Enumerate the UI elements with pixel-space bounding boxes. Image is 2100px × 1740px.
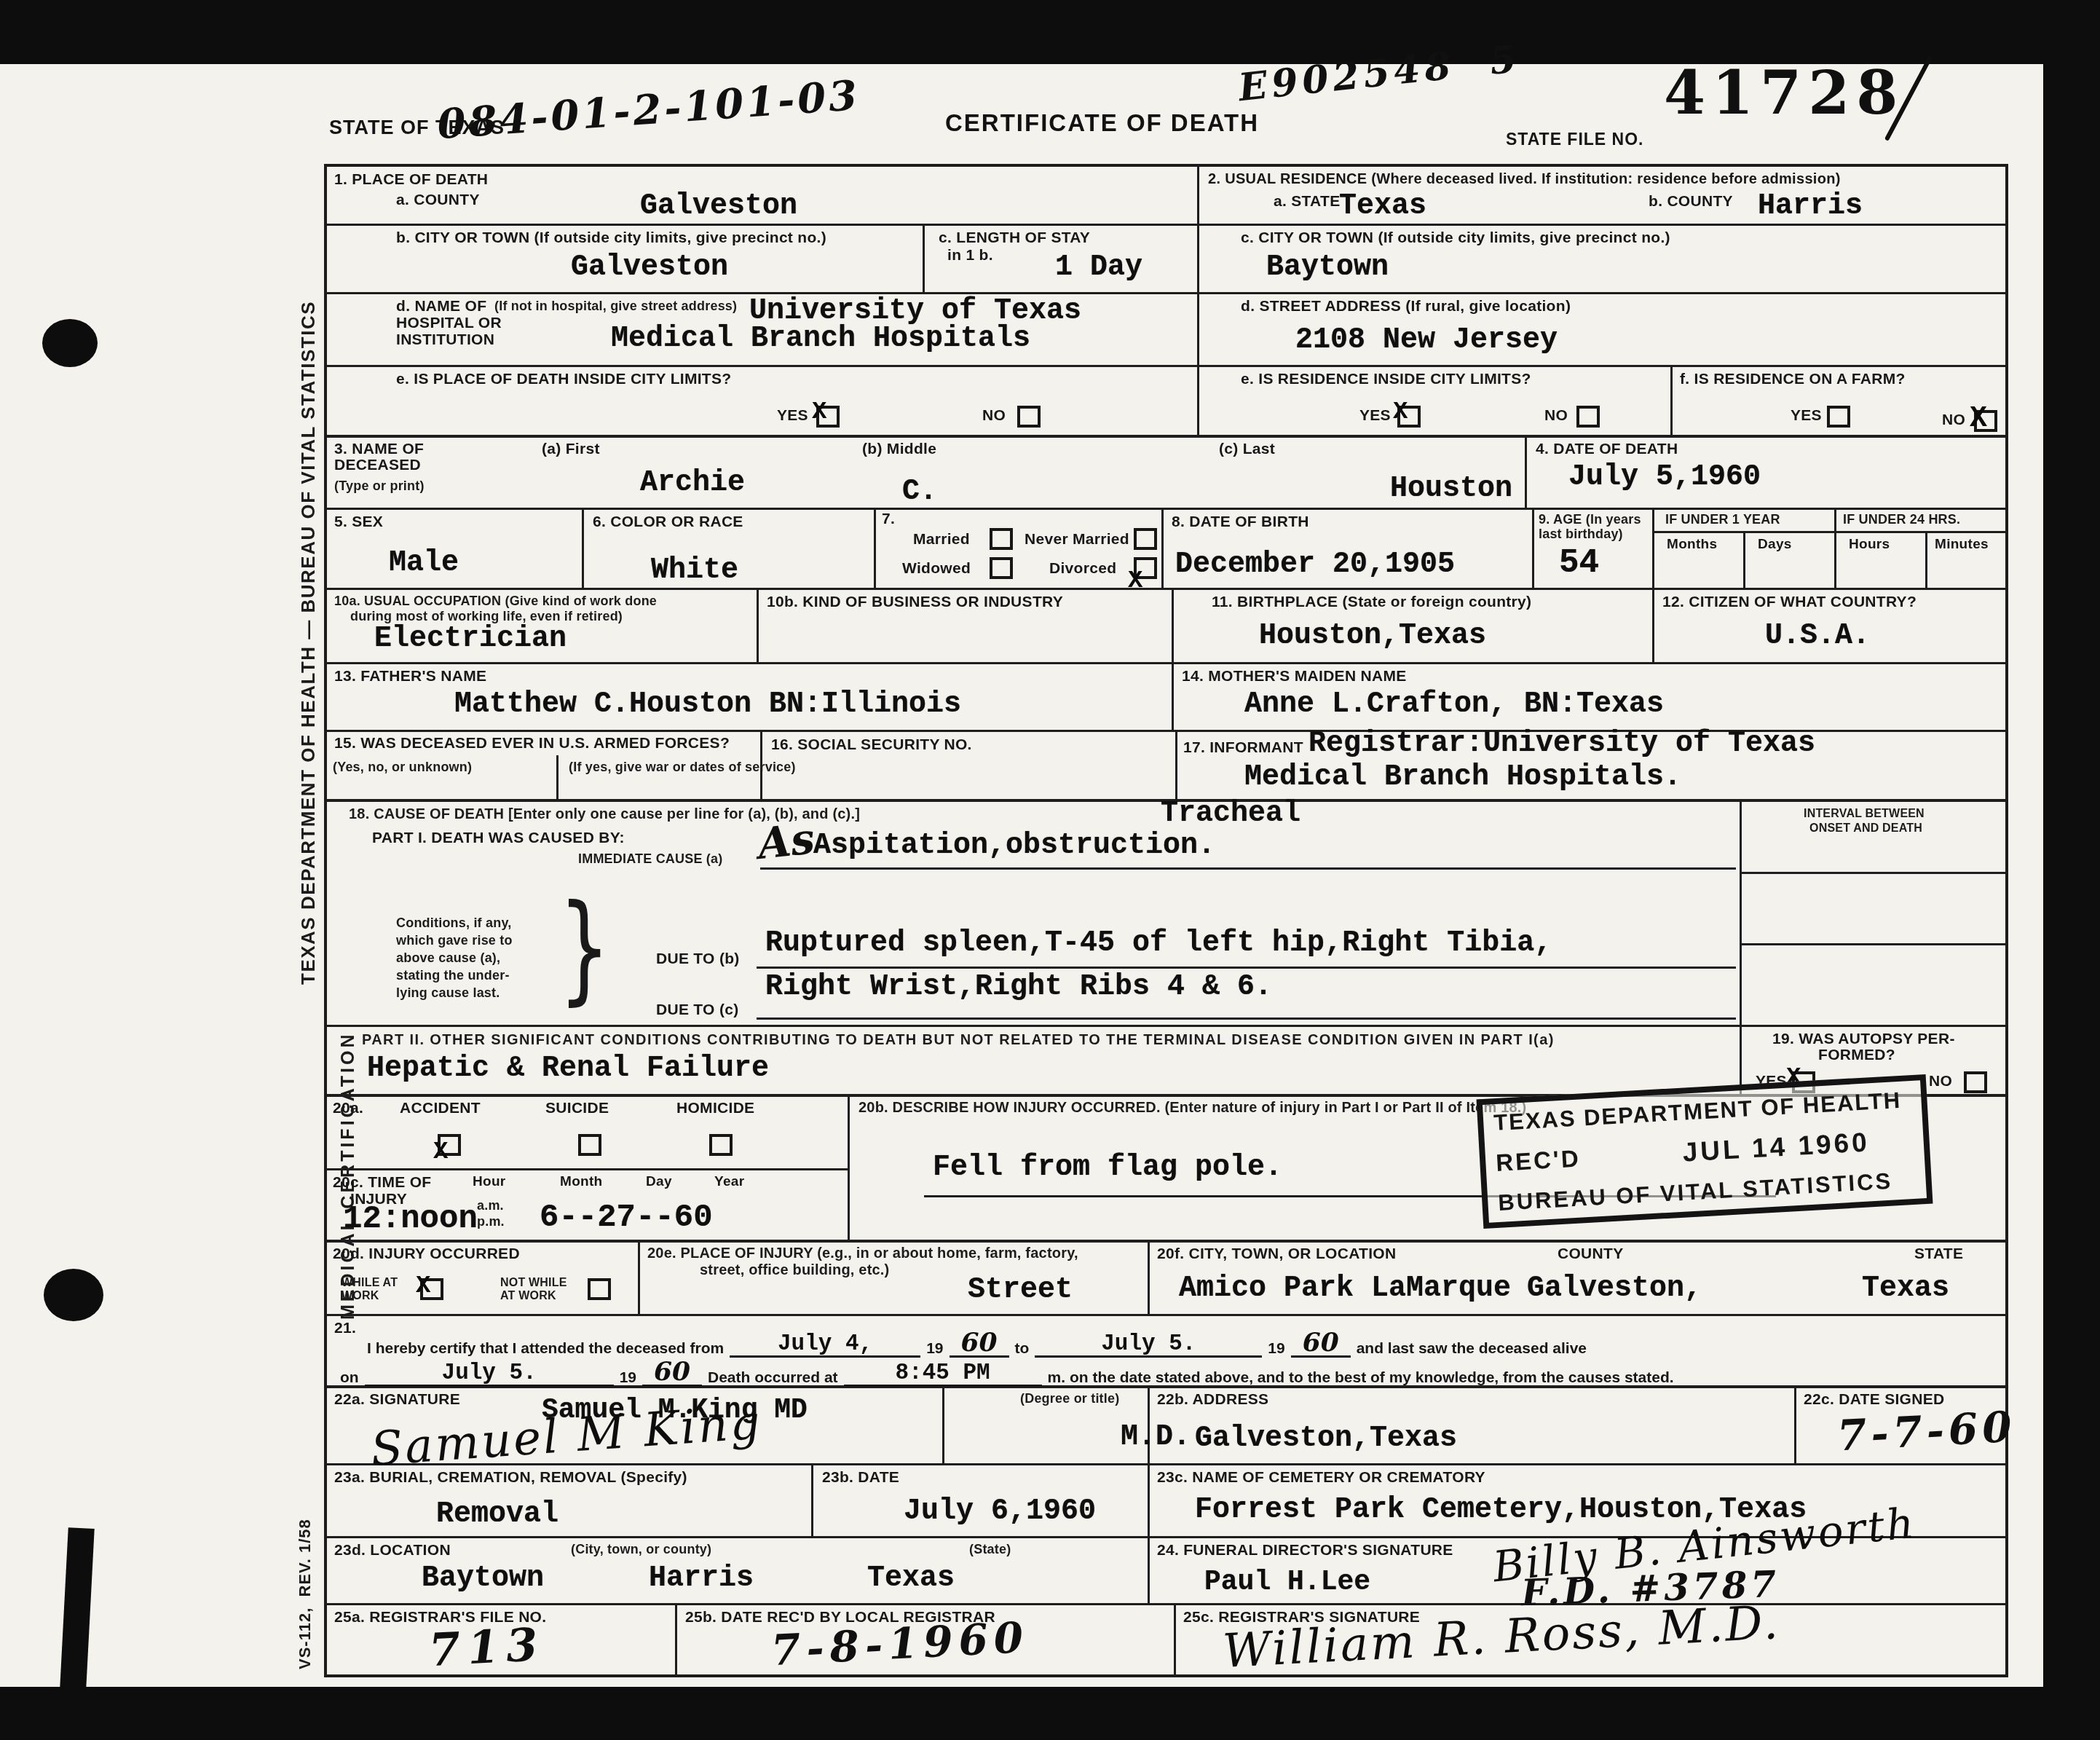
injury-county-header: COUNTY: [1558, 1245, 1623, 1263]
residence-farm-yes-checkbox: [1827, 406, 1850, 428]
autopsy-no-checkbox: [1964, 1071, 1987, 1093]
burial-city-value: Baytown: [422, 1562, 544, 1595]
grid-line: [327, 292, 2005, 294]
from-year-value: 60: [960, 1327, 997, 1358]
residence-county-label: b. COUNTY: [1649, 193, 1733, 210]
grid-line: [327, 435, 2005, 438]
due-to-b-value-line2: Right Wrist,Right Ribs 4 & 6.: [765, 971, 1272, 1004]
attended-to-date-field: July 5.: [1035, 1333, 1262, 1358]
grid-line: [1740, 872, 2005, 874]
fathers-name-value: Matthew C.Houston BN:Illinois: [454, 688, 961, 721]
name-of-deceased-label2: DECEASED: [334, 457, 421, 474]
age-label-line2: last birthday): [1539, 527, 1623, 542]
describe-injury-value: Fell from flag pole.: [933, 1152, 1282, 1184]
length-of-stay-value: 1 Day: [1055, 251, 1142, 284]
funeral-director-signature-label: 24. FUNERAL DIRECTOR'S SIGNATURE: [1157, 1542, 1453, 1559]
burial-cremation-removal-label: 23a. BURIAL, CREMATION, REMOVAL (Specify…: [334, 1469, 687, 1487]
residence-city-limits-no-checkbox: [1576, 406, 1600, 428]
grid-line: [1161, 508, 1164, 588]
to-year-field: 60: [1291, 1329, 1351, 1358]
physician-address-value: Galveston,Texas: [1195, 1422, 1457, 1455]
mothers-maiden-name-value: Anne L.Crafton, BN:Texas: [1244, 688, 1664, 721]
writing-line-due-b: [757, 967, 1736, 969]
burial-location-label: 23d. LOCATION: [334, 1542, 451, 1559]
first-name-header: (a) First: [542, 441, 600, 458]
months-header: Months: [1667, 537, 1717, 553]
last-seen-date-field: July 5.: [365, 1362, 614, 1387]
injury-county-value: Galveston,: [1527, 1272, 1702, 1305]
funeral-director-name-typed: Paul H.Lee: [1204, 1567, 1370, 1598]
registrar-file-no-value: 713: [427, 1618, 546, 1677]
date-signed-value: 7-7-60: [1836, 1402, 2017, 1461]
time-of-injury-label1: 20c. TIME OF: [333, 1174, 431, 1192]
immediate-cause-label: IMMEDIATE CAUSE (a): [578, 851, 722, 867]
no-label: NO: [1942, 412, 1965, 429]
conditions-brace: }: [558, 880, 610, 1017]
grid-line: [327, 1463, 2005, 1465]
time-of-death-value: 8:45 PM: [895, 1361, 990, 1386]
grid-line: [582, 508, 584, 588]
grid-line: [1148, 1240, 1150, 1314]
burial-date-label: 23b. DATE: [822, 1469, 899, 1487]
grid-line: [1175, 730, 1177, 799]
accident-mark: X: [433, 1138, 448, 1166]
cause-typed-line2: Aspitation,obstruction.: [813, 830, 1215, 862]
usual-residence-label: 2. USUAL RESIDENCE (Where deceased lived…: [1208, 171, 1841, 188]
informant-value-line2: Medical Branch Hospitals.: [1244, 761, 1681, 794]
grid-line: [848, 1094, 850, 1240]
yes-label: YES: [1791, 407, 1822, 425]
grid-line: [1925, 531, 1927, 588]
form-code-caption: VS-112, REV. 1/58: [296, 1519, 315, 1669]
am-label: a.m.: [477, 1198, 504, 1213]
length-of-stay-label: c. LENGTH OF STAY: [939, 229, 1090, 247]
name-of-deceased-label: 3. NAME OF: [334, 441, 424, 458]
while-at-work-label2: WORK: [342, 1290, 379, 1303]
grid-line: [327, 1314, 2005, 1316]
grid-line: [1740, 799, 1742, 1094]
grid-line: [874, 508, 876, 588]
conditions-note-line1: Conditions, if any,: [396, 916, 511, 931]
grid-line: [1670, 365, 1673, 435]
injury-state-value: Texas: [1862, 1272, 1949, 1305]
degree-value: M.D.: [1121, 1421, 1191, 1454]
married-checkbox: [990, 528, 1013, 550]
scanned-death-certificate: { "header": { "state_label": "STATE OF T…: [0, 0, 2100, 1740]
street-address-label: d. STREET ADDRESS (If rural, give locati…: [1241, 298, 1571, 315]
grid-line: [327, 365, 2005, 367]
no-label: NO: [1929, 1073, 1952, 1090]
year-19-prefix: 19: [1268, 1340, 1284, 1358]
part2-label: PART II. OTHER SIGNIFICANT CONDITIONS CO…: [362, 1032, 1555, 1049]
burial-date-value: July 6,1960: [904, 1495, 1096, 1528]
date-of-birth-value: December 20,1905: [1175, 548, 1455, 581]
attended-to-date-value: July 5.: [1101, 1331, 1196, 1357]
hole-punch-top: [42, 319, 98, 367]
death-city-limits-no-checkbox: [1017, 406, 1041, 428]
no-label: NO: [1544, 407, 1568, 425]
describe-injury-label: 20b. DESCRIBE HOW INJURY OCCURRED. (Ente…: [858, 1100, 1526, 1117]
burial-state-value: Texas: [867, 1562, 955, 1595]
length-of-stay-sublabel: in 1 b.: [947, 247, 993, 264]
attended-from-date-field: July 4,: [730, 1333, 920, 1358]
if-under-1-year-header: IF UNDER 1 YEAR: [1665, 512, 1780, 527]
place-of-injury-label1: 20e. PLACE OF INJURY (e.g., in or about …: [647, 1245, 1078, 1262]
physician-address-label: 22b. ADDRESS: [1157, 1391, 1268, 1409]
color-or-race-label: 6. COLOR OR RACE: [593, 513, 743, 531]
armed-forces-label: 15. WAS DECEASED EVER IN U.S. ARMED FORC…: [334, 735, 730, 752]
grid-line: [1197, 167, 1199, 435]
street-address-value: 2108 New Jersey: [1295, 324, 1558, 357]
widowed-checkbox: [990, 557, 1013, 579]
death-occurred-text: Death occurred at: [708, 1369, 838, 1387]
color-or-race-value: White: [651, 554, 738, 587]
state-file-no-label: STATE FILE NO.: [1506, 130, 1643, 149]
grid-line: [327, 1240, 2005, 1243]
grid-line: [923, 224, 925, 292]
due-to-b-label: DUE TO (b): [656, 950, 740, 968]
city-of-death-label: b. CITY OR TOWN (If outside city limits,…: [396, 229, 826, 247]
from-year-field: 60: [950, 1329, 1009, 1358]
divorced-label: Divorced: [1049, 560, 1116, 578]
cause-typed-line1: Tracheal: [1161, 798, 1300, 830]
due-to-c-label: DUE TO (c): [656, 1001, 738, 1019]
grid-line: [327, 588, 2005, 590]
time-of-injury-value: 12:noon: [343, 1201, 478, 1237]
grid-line: [1652, 508, 1654, 588]
grid-line: [1172, 588, 1174, 662]
certify-statement-line2: on July 5. 19 60 Death occurred at 8:45 …: [340, 1358, 1674, 1387]
certify-text-1: I hereby certify that I attended the dec…: [367, 1340, 724, 1358]
grid-line: [1148, 1463, 1150, 1603]
not-while-at-work-label2: AT WORK: [500, 1290, 556, 1303]
widowed-label: Widowed: [902, 560, 971, 578]
hour-header: Hour: [473, 1174, 506, 1190]
writing-line-cause-a: [760, 867, 1736, 870]
item-20a-label: 20a.: [333, 1100, 363, 1117]
grid-line: [1532, 508, 1534, 588]
divorced-mark: X: [1128, 567, 1142, 595]
grid-line: [327, 1168, 848, 1170]
certificate-title: CERTIFICATE OF DEATH: [945, 109, 1259, 137]
grid-line: [942, 1385, 944, 1463]
birthplace-value: Houston,Texas: [1259, 620, 1486, 653]
injury-city-label: 20f. CITY, TOWN, OR LOCATION: [1157, 1245, 1396, 1263]
middle-name-value: C.: [902, 476, 937, 508]
residence-state-label: a. STATE: [1274, 193, 1340, 210]
residence-city-label: c. CITY OR TOWN (If outside city limits,…: [1241, 229, 1670, 247]
hole-punch-bottom: [44, 1269, 103, 1321]
conditions-note-line3: above cause (a),: [396, 950, 500, 966]
grid-line: [327, 508, 2005, 510]
grid-line: [1525, 435, 1527, 508]
marital-status-label: 7.: [882, 511, 895, 528]
hospital-name-label3: INSTITUTION: [396, 331, 494, 349]
grid-line: [811, 1463, 813, 1536]
no-label: NO: [982, 407, 1006, 425]
cemetery-name-label: 23c. NAME OF CEMETERY OR CREMATORY: [1157, 1469, 1485, 1487]
interval-header-line1: INTERVAL BETWEEN: [1804, 808, 1925, 821]
date-of-death-label: 4. DATE OF DEATH: [1536, 441, 1678, 458]
grid-line: [1172, 662, 1174, 730]
grid-line: [1652, 531, 2005, 533]
injury-state-header: STATE: [1914, 1245, 1963, 1263]
informant-label: 17. INFORMANT: [1183, 739, 1303, 757]
residence-inside-city-limits-label: e. IS RESIDENCE INSIDE CITY LIMITS?: [1241, 371, 1531, 388]
while-at-work-mark: X: [416, 1272, 430, 1300]
grid-line: [556, 755, 558, 799]
grid-line: [1174, 1603, 1176, 1674]
hospital-name-label: d. NAME OF: [396, 298, 486, 315]
stamp-recd-label: REC'D: [1495, 1145, 1581, 1177]
yes-label: YES: [777, 407, 808, 425]
grid-line: [1740, 943, 2005, 945]
stamp-received-date: JUL 14 1960: [1682, 1127, 1871, 1168]
date-of-birth-label: 8. DATE OF BIRTH: [1172, 513, 1309, 531]
grid-line: [757, 588, 759, 662]
city-of-death-value: Galveston: [571, 251, 728, 284]
on-word: on: [340, 1369, 359, 1387]
received-stamp: TEXAS DEPARTMENT OF HEALTH REC'D JUL 14 …: [1477, 1074, 1933, 1229]
certify-statement-line1: I hereby certify that I attended the dec…: [367, 1329, 1587, 1358]
homicide-checkbox: [709, 1134, 733, 1156]
never-married-checkbox: [1134, 528, 1157, 550]
residence-county-value: Harris: [1758, 190, 1863, 223]
social-security-label: 16. SOCIAL SECURITY NO.: [771, 736, 972, 754]
armed-forces-sublabel1: (Yes, no, or unknown): [333, 760, 472, 775]
cause-handwritten-correction: As: [756, 814, 817, 869]
due-to-b-value-line1: Ruptured spleen,T-45 of left hip,Right T…: [765, 927, 1552, 960]
year-19-prefix: 19: [620, 1369, 636, 1387]
degree-or-title-label: (Degree or title): [1020, 1391, 1119, 1406]
hours-header: Hours: [1849, 537, 1890, 553]
citizen-of-country-label: 12. CITIZEN OF WHAT COUNTRY?: [1662, 594, 1917, 611]
place-of-injury-value: Street: [968, 1274, 1073, 1307]
injury-city-value: Amico Park LaMarque: [1179, 1272, 1511, 1305]
on-year-field: 60: [642, 1358, 702, 1387]
sex-label: 5. SEX: [334, 513, 383, 531]
part2-value: Hepatic & Renal Failure: [367, 1052, 769, 1085]
type-or-print-sublabel: (Type or print): [334, 479, 425, 494]
kind-of-business-label: 10b. KIND OF BUSINESS OR INDUSTRY: [767, 594, 1063, 611]
year-header: Year: [714, 1174, 744, 1190]
mothers-maiden-name-label: 14. MOTHER'S MAIDEN NAME: [1182, 668, 1407, 685]
first-name-value: Archie: [640, 467, 745, 500]
suicide-checkbox: [578, 1134, 601, 1156]
conditions-note-line2: which gave rise to: [396, 933, 513, 948]
residence-farm-no-mark: X: [1970, 403, 1987, 436]
grid-line: [1652, 588, 1654, 662]
usual-occupation-value: Electrician: [374, 623, 567, 656]
place-of-death-label: 1. PLACE OF DEATH: [334, 171, 488, 189]
citizen-of-country-value: U.S.A.: [1765, 620, 1870, 653]
birthplace-label: 11. BIRTHPLACE (State or foreign country…: [1212, 594, 1531, 611]
certify-text-2: and last saw the deceased alive: [1357, 1340, 1587, 1358]
day-header: Day: [646, 1174, 672, 1190]
age-label-line1: 9. AGE (In years: [1539, 512, 1641, 527]
month-header: Month: [560, 1174, 602, 1190]
grid-line: [638, 1240, 640, 1314]
item-21-label: 21.: [334, 1320, 356, 1337]
on-year-value: 60: [654, 1356, 690, 1387]
grid-line: [1834, 508, 1836, 588]
hospital-name-paren: (If not in hospital, give street address…: [494, 299, 737, 314]
if-under-24-hrs-header: IF UNDER 24 HRS.: [1843, 512, 1960, 527]
death-inside-city-limits-label: e. IS PLACE OF DEATH INSIDE CITY LIMITS?: [396, 371, 731, 388]
to-word: to: [1015, 1340, 1030, 1358]
physician-signature-label: 22a. SIGNATURE: [334, 1391, 460, 1409]
autopsy-label-line1: 19. WAS AUTOPSY PER-: [1772, 1031, 1955, 1048]
grid-line: [675, 1603, 677, 1674]
burial-location-sublabel1: (City, town, or county): [571, 1542, 711, 1557]
grid-line: [327, 662, 2005, 664]
part1-label: PART I. DEATH WAS CAUSED BY:: [372, 830, 625, 847]
county-of-death-value: Galveston: [640, 190, 797, 223]
date-of-injury-value: 6--27--60: [540, 1200, 713, 1236]
place-of-injury-label2: street, office building, etc.): [700, 1262, 889, 1279]
residence-on-farm-label: f. IS RESIDENCE ON A FARM?: [1680, 371, 1906, 388]
burial-county-value: Harris: [649, 1562, 754, 1595]
grid-line: [327, 224, 2005, 226]
grid-line: [1794, 1385, 1796, 1463]
while-at-work-label1: WHILE AT: [342, 1277, 398, 1290]
attended-from-date-value: July 4,: [778, 1331, 872, 1357]
year-19-prefix: 19: [926, 1340, 943, 1358]
hospital-name-line2: Medical Branch Hospitals: [611, 323, 1030, 355]
conditions-note-line5: lying cause last.: [396, 985, 500, 1001]
homicide-label: HOMICIDE: [676, 1100, 754, 1117]
married-label: Married: [913, 531, 970, 548]
days-header: Days: [1758, 537, 1792, 553]
never-married-label: Never Married: [1025, 531, 1129, 548]
residence-city-value: Baytown: [1266, 251, 1389, 284]
fathers-name-label: 13. FATHER'S NAME: [334, 668, 486, 685]
residence-city-limits-yes-mark: X: [1393, 398, 1408, 426]
interval-header-line2: ONSET AND DEATH: [1809, 822, 1922, 835]
time-of-death-field: 8:45 PM: [844, 1362, 1042, 1387]
not-while-at-work-checkbox: [588, 1278, 611, 1300]
age-value: 54: [1559, 544, 1599, 582]
certificate-form-grid: 1. PLACE OF DEATH a. COUNTY Galveston 2.…: [324, 164, 2008, 1677]
to-year-value: 60: [1303, 1327, 1339, 1358]
certify-text-4: m. on the date stated above, and to the …: [1048, 1369, 1674, 1387]
yes-label: YES: [1359, 407, 1391, 425]
hospital-name-label2: HOSPITAL OR: [396, 315, 502, 332]
pm-label: p.m.: [477, 1214, 505, 1229]
last-name-value: Houston: [1390, 473, 1512, 505]
armed-forces-sublabel2: (If yes, give war or dates of service): [569, 760, 796, 775]
last-seen-date-value: July 5.: [442, 1361, 537, 1386]
injury-occurred-label: 20d. INJURY OCCURRED: [333, 1245, 520, 1263]
conditions-note-line4: stating the under-: [396, 968, 510, 983]
minutes-header: Minutes: [1935, 537, 1989, 553]
left-margin-agency-caption: TEXAS DEPARTMENT OF HEALTH — BUREAU OF V…: [297, 301, 320, 985]
autopsy-label-line2: FORMED?: [1818, 1047, 1895, 1064]
informant-value-line1: Registrar:University of Texas: [1308, 728, 1815, 760]
middle-name-header: (b) Middle: [862, 441, 936, 458]
last-name-header: (c) Last: [1219, 441, 1275, 458]
usual-occupation-label2: during most of working life, even if ret…: [350, 609, 623, 624]
not-while-at-work-label1: NOT WHILE: [500, 1277, 567, 1290]
grid-line: [1743, 531, 1745, 588]
suicide-label: SUICIDE: [545, 1100, 609, 1117]
county-of-death-label: a. COUNTY: [396, 192, 480, 209]
state-file-number-stamp: 41728: [1664, 58, 1904, 128]
accident-label: ACCIDENT: [400, 1100, 481, 1117]
burial-removal-value: Removal: [436, 1498, 558, 1531]
sex-value: Male: [389, 547, 459, 580]
death-city-limits-yes-mark: X: [812, 398, 826, 426]
date-of-death-value: July 5,1960: [1568, 461, 1761, 494]
writing-line-due-c: [757, 1017, 1736, 1020]
burial-location-sublabel2: (State): [969, 1542, 1011, 1557]
usual-occupation-label1: 10a. USUAL OCCUPATION (Give kind of work…: [334, 594, 657, 609]
residence-state-value: Texas: [1339, 190, 1426, 223]
grid-line: [327, 1025, 2005, 1027]
